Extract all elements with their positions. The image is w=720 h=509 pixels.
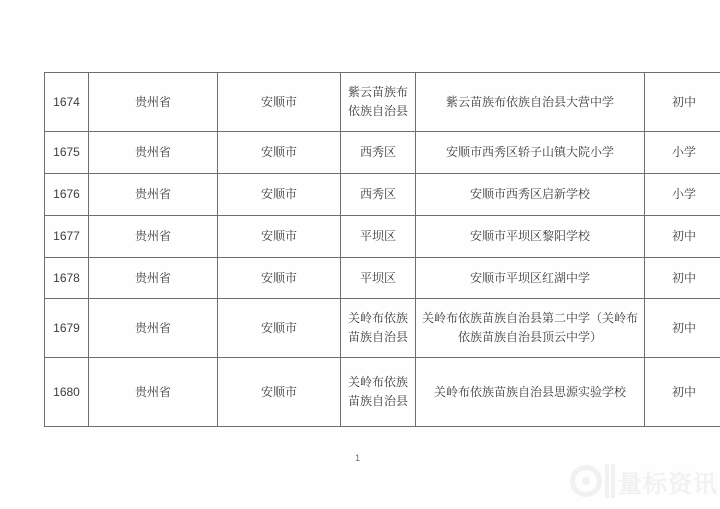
table-row: 1676贵州省安顺市西秀区安顺市西秀区启新学校小学 [45,174,720,216]
cell-province: 贵州省 [89,299,218,358]
cell-no: 1680 [45,358,89,427]
cell-no: 1674 [45,73,89,132]
cell-level: 小学 [645,132,720,174]
document-page: 1674贵州省安顺市紫云苗族布依族自治县紫云苗族布依族自治县大营中学初中1675… [0,0,720,509]
cell-county: 西秀区 [341,174,416,216]
cell-county: 平坝区 [341,258,416,299]
cell-level: 初中 [645,299,720,358]
cell-no: 1679 [45,299,89,358]
table-body: 1674贵州省安顺市紫云苗族布依族自治县紫云苗族布依族自治县大营中学初中1675… [45,73,720,427]
cell-province: 贵州省 [89,174,218,216]
cell-city: 安顺市 [218,358,341,427]
table-row: 1680贵州省安顺市关岭布依族苗族自治县关岭布依族苗族自治县思源实验学校初中 [45,358,720,427]
page-number: 1 [44,453,671,463]
watermark-bars-icon [605,464,615,498]
cell-province: 贵州省 [89,132,218,174]
cell-province: 贵州省 [89,258,218,299]
watermark-text: 量标资讯 [618,464,718,499]
cell-school: 安顺市西秀区启新学校 [416,174,645,216]
cell-level: 初中 [645,258,720,299]
cell-level: 初中 [645,73,720,132]
cell-city: 安顺市 [218,299,341,358]
cell-province: 贵州省 [89,216,218,258]
table-row: 1678贵州省安顺市平坝区安顺市平坝区红湖中学初中 [45,258,720,299]
cell-province: 贵州省 [89,358,218,427]
cell-level: 小学 [645,174,720,216]
cell-city: 安顺市 [218,132,341,174]
cell-province: 贵州省 [89,73,218,132]
cell-county: 关岭布依族苗族自治县 [341,358,416,427]
cell-school: 安顺市西秀区轿子山镇大院小学 [416,132,645,174]
cell-school: 紫云苗族布依族自治县大营中学 [416,73,645,132]
table-row: 1674贵州省安顺市紫云苗族布依族自治县紫云苗族布依族自治县大营中学初中 [45,73,720,132]
cell-level: 初中 [645,216,720,258]
cell-no: 1678 [45,258,89,299]
cell-city: 安顺市 [218,258,341,299]
school-list-table: 1674贵州省安顺市紫云苗族布依族自治县紫云苗族布依族自治县大营中学初中1675… [44,72,720,427]
table-row: 1675贵州省安顺市西秀区安顺市西秀区轿子山镇大院小学小学 [45,132,720,174]
cell-county: 关岭布依族苗族自治县 [341,299,416,358]
cell-school: 安顺市平坝区红湖中学 [416,258,645,299]
cell-school: 关岭布依族苗族自治县第二中学（关岭布依族苗族自治县顶云中学） [416,299,645,358]
watermark-logo-icon [570,465,602,497]
cell-school: 关岭布依族苗族自治县思源实验学校 [416,358,645,427]
table: 1674贵州省安顺市紫云苗族布依族自治县紫云苗族布依族自治县大营中学初中1675… [44,72,720,427]
cell-city: 安顺市 [218,174,341,216]
cell-no: 1676 [45,174,89,216]
cell-level: 初中 [645,358,720,427]
cell-county: 西秀区 [341,132,416,174]
cell-no: 1675 [45,132,89,174]
cell-city: 安顺市 [218,73,341,132]
table-row: 1679贵州省安顺市关岭布依族苗族自治县关岭布依族苗族自治县第二中学（关岭布依族… [45,299,720,358]
cell-no: 1677 [45,216,89,258]
cell-county: 平坝区 [341,216,416,258]
cell-school: 安顺市平坝区黎阳学校 [416,216,645,258]
cell-city: 安顺市 [218,216,341,258]
table-row: 1677贵州省安顺市平坝区安顺市平坝区黎阳学校初中 [45,216,720,258]
cell-county: 紫云苗族布依族自治县 [341,73,416,132]
